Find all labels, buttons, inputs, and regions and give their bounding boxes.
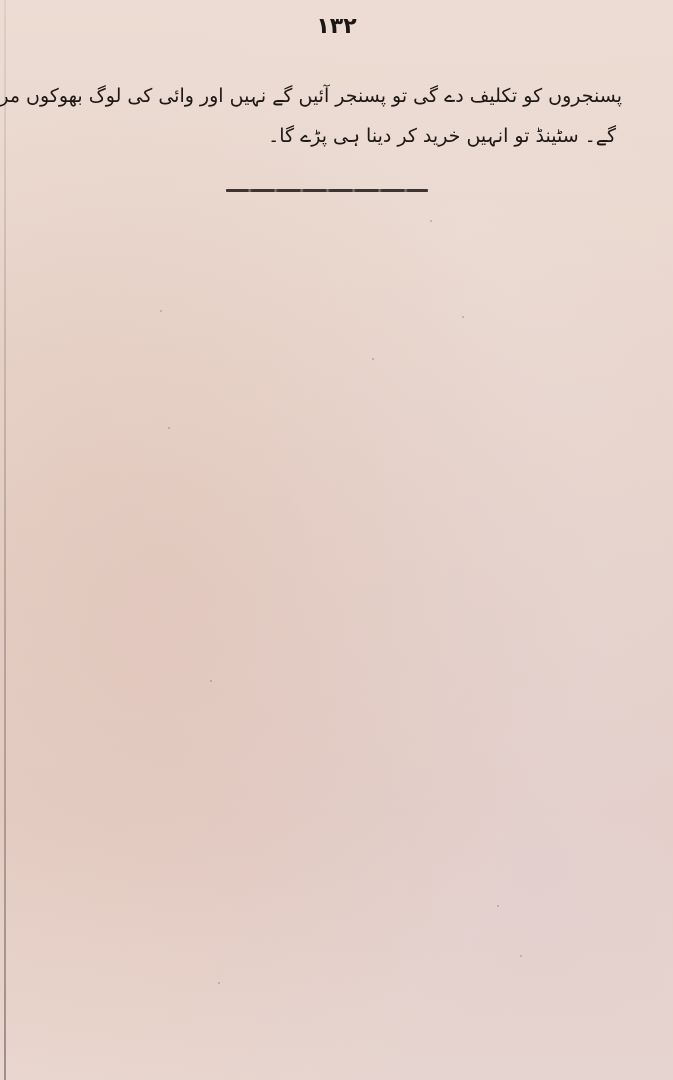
- paper-speck: [210, 680, 212, 682]
- paper-speck: [372, 358, 374, 360]
- page-binding-edge: [4, 0, 6, 1080]
- section-divider-rule: [226, 189, 428, 192]
- paper-speck: [168, 427, 170, 429]
- paper-speck: [218, 982, 220, 984]
- scanned-book-page: ۱۳۲ پسنجروں کو تکلیف دے گی تو پسنجر آئیں…: [0, 0, 673, 1080]
- page-number: ۱۳۲: [0, 14, 673, 39]
- paragraph-line-2: گے۔ سٹینڈ تو انہیں خرید کر دینا ہی پڑے گ…: [40, 116, 622, 156]
- paper-speck: [462, 316, 464, 318]
- paragraph-line-1: پسنجروں کو تکلیف دے گی تو پسنجر آئیں گے …: [40, 76, 622, 116]
- paper-speck: [430, 220, 432, 222]
- paragraph: پسنجروں کو تکلیف دے گی تو پسنجر آئیں گے …: [40, 76, 622, 156]
- paper-speck: [520, 955, 522, 957]
- paper-speck: [497, 905, 499, 907]
- paper-speck: [160, 310, 162, 312]
